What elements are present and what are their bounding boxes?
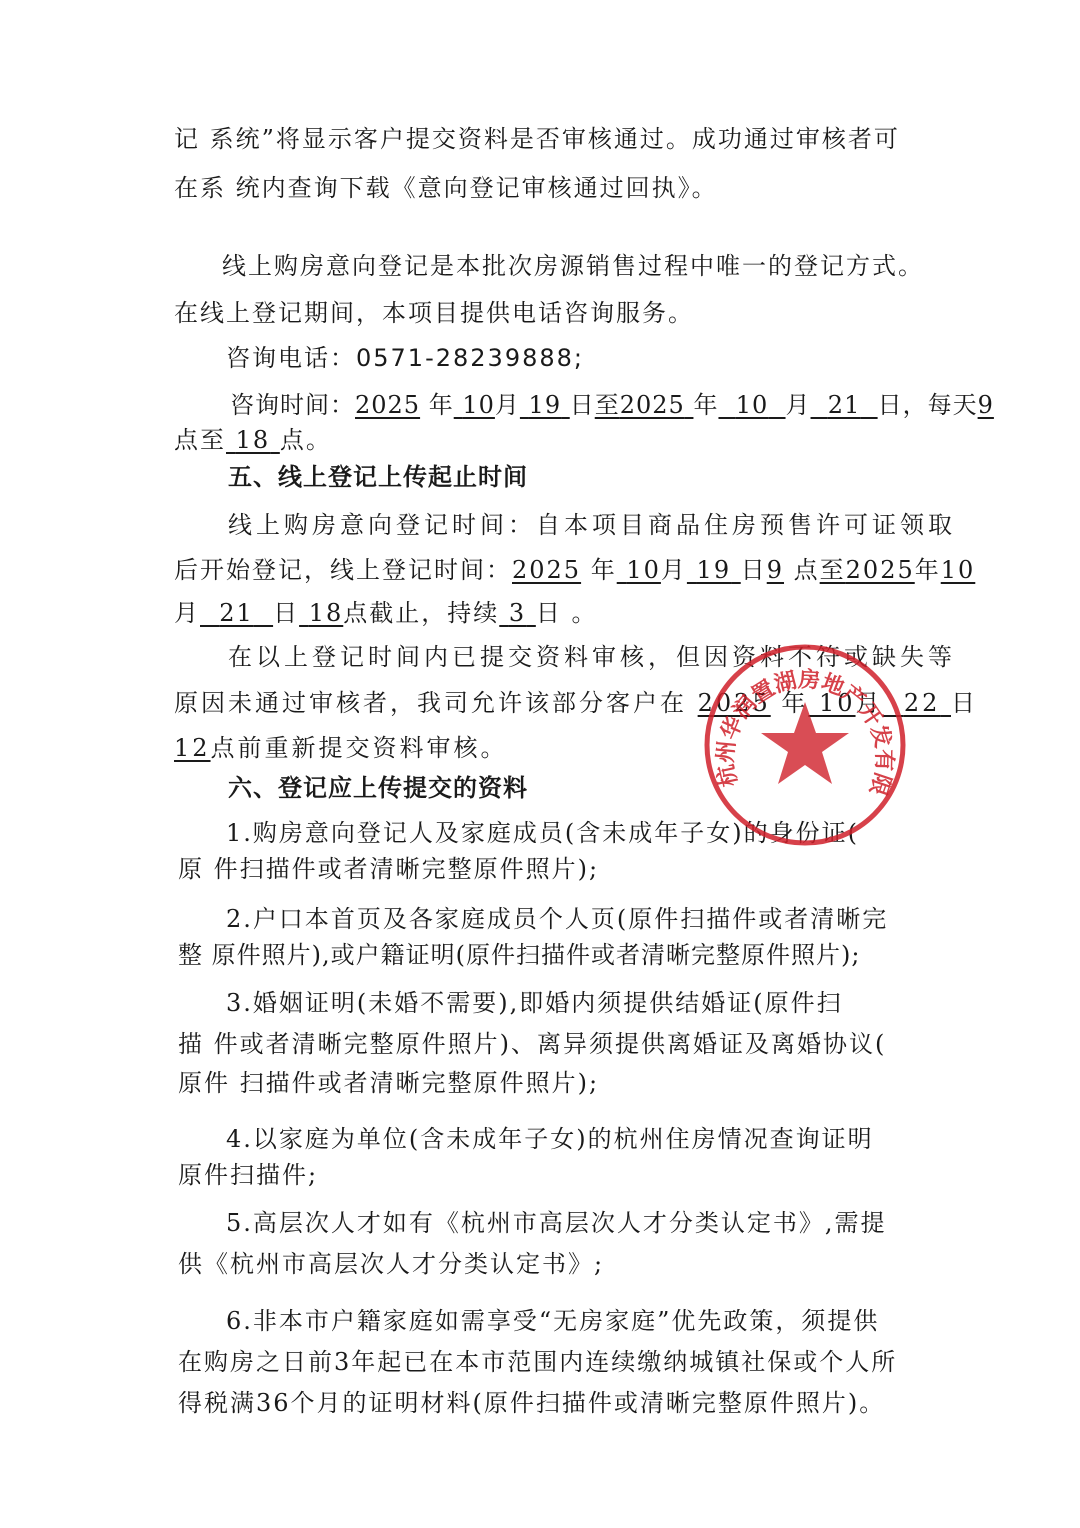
- svg-text:杭州华润置湖房地产开发有限公司: 杭州华润置湖房地产开发有限公司: [700, 640, 897, 798]
- start-hour: 9: [767, 556, 784, 584]
- consult-time: 咨询时间：2025 年 10月 19 日至2025 年 10 月 21 日，每天…: [230, 390, 994, 420]
- list-item-3-cont: 原件 扫描件或者清晰完整原件照片);: [178, 1068, 599, 1098]
- list-item-3-cont: 描 件或者清晰完整原件照片)、离异须提供离婚证及离婚协议(: [178, 1029, 886, 1059]
- list-item-4: 4.以家庭为单位(含未成年子女)的杭州住房情况查询证明: [226, 1124, 874, 1154]
- year-char: 年: [693, 391, 718, 419]
- paragraph-line: 在系 统内查询下载《意向登记审核通过回执》。: [174, 173, 718, 203]
- start-year: 2025: [355, 391, 420, 419]
- end-hour: 18: [309, 599, 344, 627]
- day-char: 日: [878, 391, 903, 419]
- phone-label: 咨询电话：: [226, 344, 356, 372]
- start-month: 10: [462, 391, 495, 419]
- seal-icon: 杭州华润置湖房地产开发有限公司: [700, 640, 910, 850]
- registration-time-cont: 月 21 日 18点截止，持续 3 日 。: [174, 598, 597, 628]
- paragraph-line: 线上购房意向登记时间：自本项目商品住房预售许可证领取: [228, 510, 956, 540]
- list-item-3: 3.婚姻证明(未婚不需要),即婚内须提供结婚证(原件扫: [226, 988, 843, 1018]
- year-char: 年: [429, 391, 454, 419]
- end-hour: 18: [236, 426, 271, 454]
- month-char: 月: [495, 391, 520, 419]
- registration-time: 后开始登记，线上登记时间：2025 年 10月 19 日9 点至2025年10: [174, 555, 975, 585]
- start-year: 2025: [512, 556, 581, 584]
- list-item-6: 6.非本市户籍家庭如需享受“无房家庭”优先政策，须提供: [226, 1306, 879, 1336]
- paragraph-line: 在线上登记期间，本项目提供电话咨询服务。: [174, 298, 694, 328]
- consult-time-label: 咨询时间：: [230, 391, 355, 419]
- resubmit-hour: 12: [174, 734, 211, 762]
- start-hour: 9: [978, 391, 994, 419]
- end-day: 21: [219, 599, 254, 627]
- hour-to: 点至: [174, 426, 226, 454]
- section-heading: 六、登记应上传提交的资料: [228, 773, 528, 803]
- consult-time-cont: 点至 18 点。: [174, 425, 332, 455]
- start-day: 19: [697, 556, 732, 584]
- resubmit-deadline-cont: 12点前重新提交资料审核。: [174, 733, 508, 763]
- day-char: 日: [570, 391, 595, 419]
- daily-text: ，每天: [903, 391, 978, 419]
- end-day: 21: [828, 391, 861, 419]
- list-item-5: 5.高层次人才如有《杭州市高层次人才分类认定书》,需提: [226, 1208, 887, 1238]
- list-item-6-cont: 得税满36个月的证明材料(原件扫描件或清晰完整原件照片)。: [178, 1388, 885, 1418]
- resubmit-suffix: 点前重新提交资料审核。: [211, 734, 508, 762]
- duration-unit: 日 。: [536, 599, 598, 627]
- resubmit-prefix: 原因未通过审核者，我司允许该部分客户在: [174, 689, 698, 717]
- list-item-5-cont: 供《杭州市高层次人才分类认定书》;: [178, 1249, 604, 1279]
- end-char: 点。: [280, 426, 332, 454]
- end-month: 10: [941, 556, 976, 584]
- phone-number: 0571-28239888;: [356, 344, 584, 372]
- reg-prefix: 后开始登记，线上登记时间：: [174, 556, 512, 584]
- list-item-2: 2.户口本首页及各家庭成员个人页(原件扫描件或者清晰完: [226, 904, 888, 934]
- consult-phone: 咨询电话：0571-28239888;: [226, 343, 584, 373]
- list-item-4-cont: 原件扫描件;: [178, 1160, 318, 1190]
- end-year: 2025: [620, 391, 685, 419]
- to-char: 至: [595, 391, 620, 419]
- paragraph-line: 记 系统”将显示客户提交资料是否审核通过。成功通过审核者可: [174, 124, 900, 154]
- end-text: 点截止，持续: [343, 599, 499, 627]
- list-item-1-cont: 原 件扫描件或者清晰完整原件照片);: [178, 854, 599, 884]
- seal-text: 杭州华润置湖房地产开发有限公司: [700, 640, 897, 798]
- paragraph-line: 线上购房意向登记是本批次房源销售过程中唯一的登记方式。: [222, 251, 924, 281]
- start-month: 10: [626, 556, 661, 584]
- list-item-6-cont: 在购房之日前3年起已在本市范围内连续缴纳城镇社保或个人所: [178, 1347, 897, 1377]
- company-seal: 杭州华润置湖房地产开发有限公司: [700, 640, 910, 850]
- end-month: 10: [736, 391, 769, 419]
- section-heading: 五、线上登记上传起止时间: [228, 462, 528, 492]
- end-year: 2025: [846, 556, 915, 584]
- month-char: 月: [786, 391, 811, 419]
- start-day: 19: [529, 391, 562, 419]
- duration: 3: [509, 599, 526, 627]
- list-item-2-cont: 整 原件照片),或户籍证明(原件扫描件或者清晰完整原件照片);: [178, 940, 860, 970]
